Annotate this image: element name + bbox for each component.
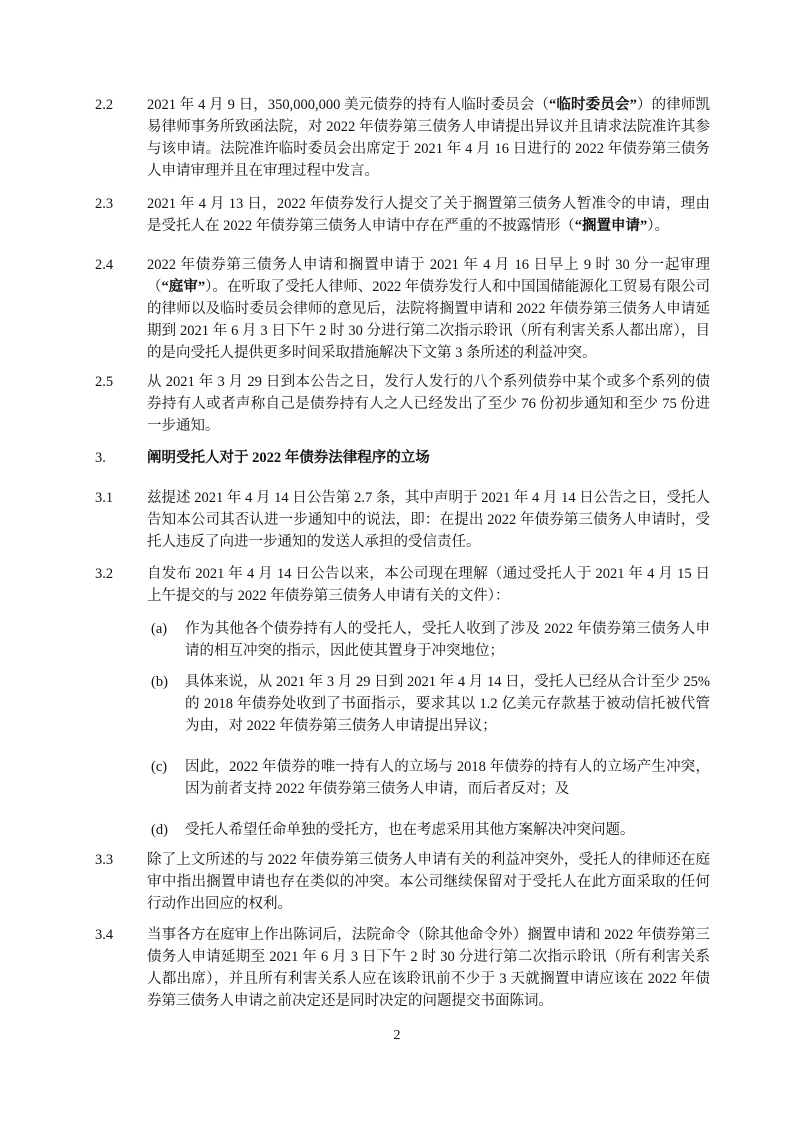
section-2-4-number: 2.4 xyxy=(95,254,113,276)
section-2-5-text: 从 2021 年 3 月 29 日到本公告之日，发行人发行的八个系列债券中某个或… xyxy=(147,371,710,437)
sub-item-a: (a) 作为其他各个债券持有人的受托人，受托人收到了涉及 2022 年债券第三债… xyxy=(95,618,710,662)
section-2-3: 2.3 2021 年 4 月 13 日，2022 年债券发行人提交了关于搁置第三… xyxy=(95,193,710,237)
section-2-4-text: 2022 年债券第三债务人申请和搁置申请于 2021 年 4 月 16 日早上 … xyxy=(147,254,710,364)
section-2-4: 2.4 2022 年债券第三债务人申请和搁置申请于 2021 年 4 月 16 … xyxy=(95,254,710,364)
section-3-heading: 3. 阐明受托人对于 2022 年债券法律程序的立场 xyxy=(95,447,710,469)
section-3-1-text: 兹提述 2021 年 4 月 14 日公告第 2.7 条，其中声明于 2021 … xyxy=(147,487,710,553)
document-page: 2.2 2021 年 4 月 9 日，350,000,000 美元债券的持有人临… xyxy=(0,0,794,1123)
sub-item-c: (c) 因此，2022 年债券的唯一持有人的立场与 2018 年债券的持有人的立… xyxy=(95,756,710,800)
section-3-3-text: 除了上文所述的与 2022 年债券第三债务人申请有关的利益冲突外，受托人的律师还… xyxy=(147,849,710,915)
section-3-number: 3. xyxy=(95,447,106,469)
section-3-2: 3.2 自发布 2021 年 4 月 14 日公告以来，本公司现在理解（通过受托… xyxy=(95,563,710,607)
section-2-5: 2.5 从 2021 年 3 月 29 日到本公告之日，发行人发行的八个系列债券… xyxy=(95,371,710,437)
section-2-3-text: 2021 年 4 月 13 日，2022 年债券发行人提交了关于搁置第三债务人暂… xyxy=(147,193,710,237)
defined-term-provisional-committee: “临时委员会” xyxy=(549,97,637,113)
section-3-1: 3.1 兹提述 2021 年 4 月 14 日公告第 2.7 条，其中声明于 2… xyxy=(95,487,710,553)
defined-term-adjournment-application: “搁置申请” xyxy=(575,218,648,234)
section-3-3-number: 3.3 xyxy=(95,849,113,871)
sub-item-d: (d) 受托人希望任命单独的受托方，也在考虑采用其他方案解决冲突问题。 xyxy=(95,819,710,841)
sub-item-b-text: 具体来说，从 2021 年 3 月 29 日到 2021 年 4 月 14 日，… xyxy=(185,671,710,737)
section-3-1-number: 3.1 xyxy=(95,487,113,509)
section-2-4-text-post: ）。在听取了受托人律师、2022 年债券发行人和中国国储能源化工贸易有限公司的律… xyxy=(147,279,710,361)
defined-term-hearing: “庭审” xyxy=(162,279,206,295)
sub-item-d-label: (d) xyxy=(151,819,168,841)
section-3-4-number: 3.4 xyxy=(95,924,113,946)
sub-item-c-label: (c) xyxy=(151,756,167,778)
sub-item-c-text: 因此，2022 年债券的唯一持有人的立场与 2018 年债券的持有人的立场产生冲… xyxy=(185,756,710,800)
section-2-2-text: 2021 年 4 月 9 日，350,000,000 美元债券的持有人临时委员会… xyxy=(147,94,710,182)
page-number: 2 xyxy=(0,1026,794,1046)
section-2-2-text-pre: 2021 年 4 月 9 日，350,000,000 美元债券的持有人临时委员会… xyxy=(147,97,549,113)
section-3-3: 3.3 除了上文所述的与 2022 年债券第三债务人申请有关的利益冲突外，受托人… xyxy=(95,849,710,915)
section-3-2-number: 3.2 xyxy=(95,563,113,585)
section-2-3-text-post: ）。 xyxy=(647,218,669,234)
section-2-2-number: 2.2 xyxy=(95,94,113,116)
section-3-4-text: 当事各方在庭审上作出陈词后，法院命令（除其他命令外）搁置申请和 2022 年债券… xyxy=(147,924,710,1012)
section-3-heading-text: 阐明受托人对于 2022 年债券法律程序的立场 xyxy=(147,447,710,469)
section-2-2: 2.2 2021 年 4 月 9 日，350,000,000 美元债券的持有人临… xyxy=(95,94,710,182)
sub-item-b: (b) 具体来说，从 2021 年 3 月 29 日到 2021 年 4 月 1… xyxy=(95,671,710,737)
sub-item-b-label: (b) xyxy=(151,671,168,693)
section-3-2-text: 自发布 2021 年 4 月 14 日公告以来，本公司现在理解（通过受托人于 2… xyxy=(147,563,710,607)
section-2-5-number: 2.5 xyxy=(95,371,113,393)
section-2-3-number: 2.3 xyxy=(95,193,113,215)
sub-item-d-text: 受托人希望任命单独的受托方，也在考虑采用其他方案解决冲突问题。 xyxy=(185,819,710,841)
section-3-4: 3.4 当事各方在庭审上作出陈词后，法院命令（除其他命令外）搁置申请和 2022… xyxy=(95,924,710,1012)
sub-item-a-label: (a) xyxy=(151,618,167,640)
sub-item-a-text: 作为其他各个债券持有人的受托人，受托人收到了涉及 2022 年债券第三债务人申请… xyxy=(185,618,710,662)
